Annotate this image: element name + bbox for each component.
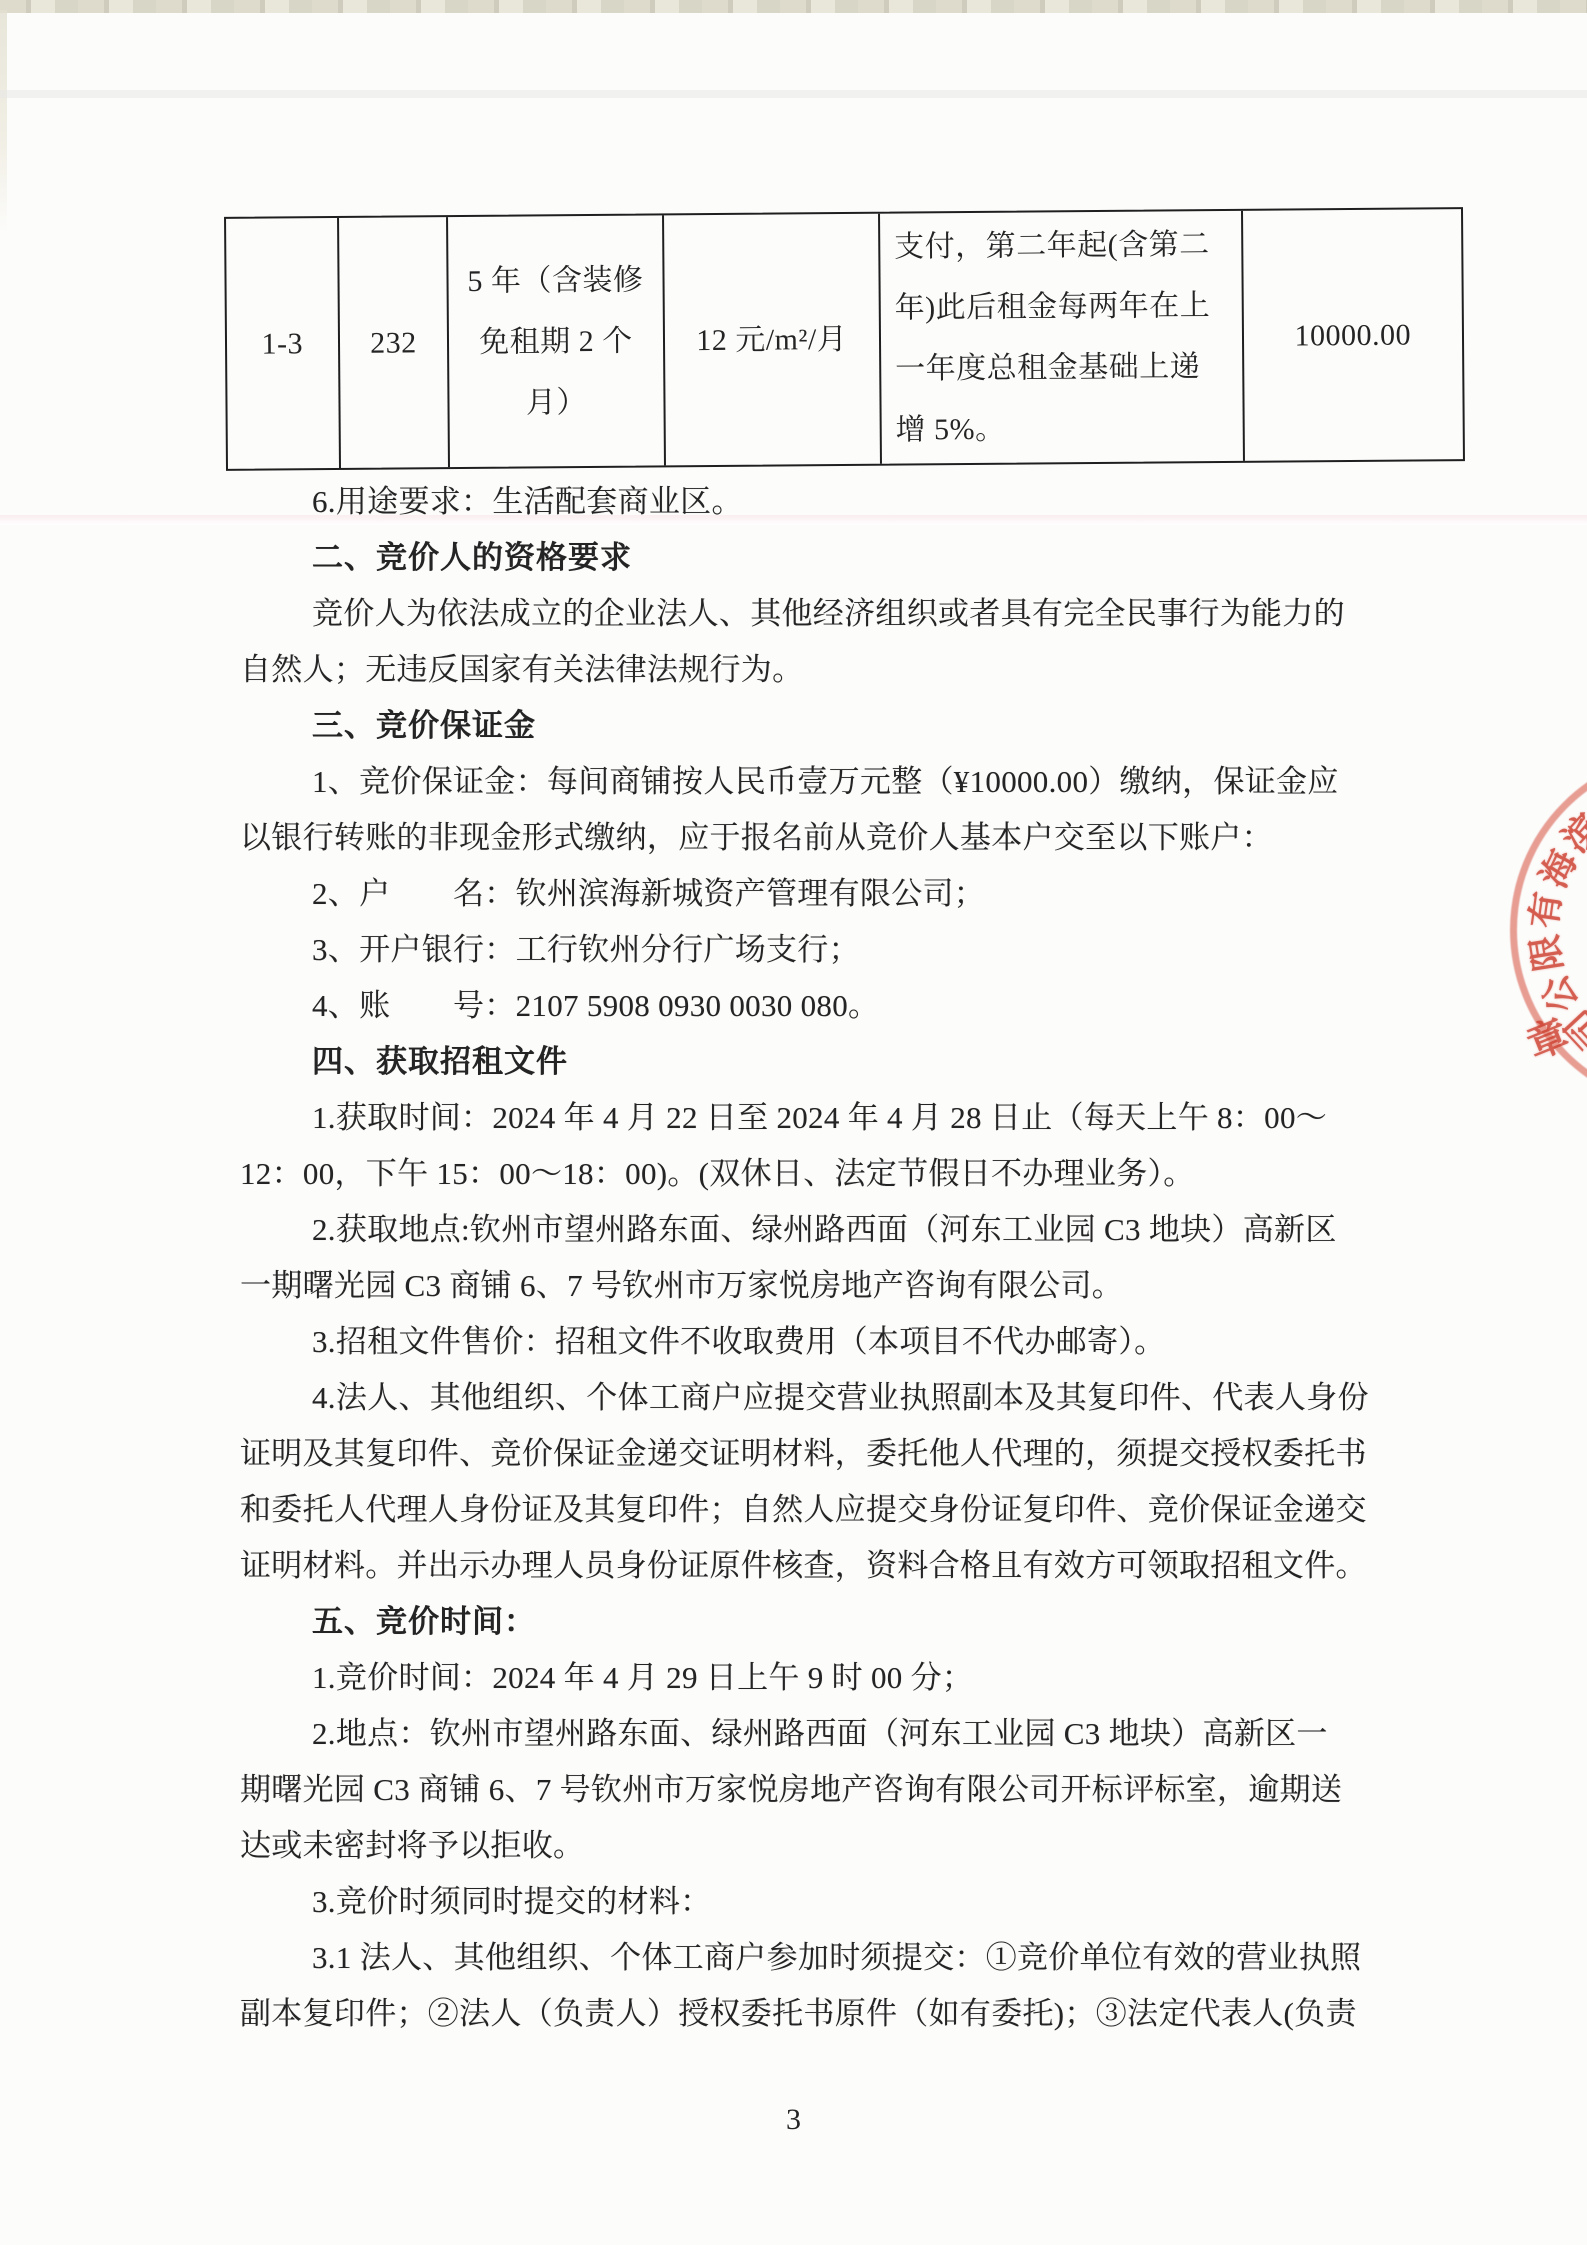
body-line: 3.竞价时须同时提交的材料： (240, 1874, 1380, 1930)
lease-table: 1-32325 年（含装修免租期 2 个月）12 元/m²/月支付，第二年起(含… (224, 207, 1465, 471)
body-line: 6.用途要求：生活配套商业区。 (240, 474, 1380, 530)
section-heading: 四、获取招租文件 (240, 1034, 1380, 1090)
scan-edge-artifact-top (0, 0, 1587, 13)
page-number: 3 (0, 2098, 1587, 2142)
section-heading: 二、竞价人的资格要求 (240, 530, 1380, 586)
table-cell: 5 年（含装修免租期 2 个月） (448, 215, 665, 467)
section-heading: 五、竞价时间： (240, 1594, 1380, 1650)
table-cell: 12 元/m²/月 (664, 214, 882, 466)
table-cell-line: 5 年（含装修 (449, 249, 663, 312)
seal-arc-character: 限 (1524, 930, 1570, 976)
seal-arc-character: 有 (1524, 887, 1569, 932)
table-cell-line: 12 元/m²/月 (664, 308, 879, 371)
body-line: 3.招租文件售价：招租文件不收取费用（本项目不代办邮寄）。 (240, 1314, 1380, 1370)
table-cell-line: 10000.00 (1243, 304, 1462, 367)
table-cell-line: 年)此后租金每两年在上 (880, 275, 1241, 339)
table-cell-line: 免租期 2 个 (449, 310, 663, 373)
body-line: 4、账 号：2107 5908 0930 0030 080。 (240, 978, 1380, 1034)
body-line: 竞价人为依法成立的企业法人、其他经济组织或者具有完全民事行为能力的 (240, 586, 1380, 642)
body-line: 一期曙光园 C3 商铺 6、7 号钦州市万家悦房地产咨询有限公司。 (240, 1258, 1380, 1314)
body-line: 2、户 名：钦州滨海新城资产管理有限公司； (240, 866, 1380, 922)
table-cell-line: 232 (339, 312, 447, 374)
table-cell-line: 月） (450, 371, 664, 434)
body-line: 证明材料。并出示办理人员身份证原件核查，资料合格且有效方可领取招租文件。 (240, 1538, 1380, 1594)
table-cell-line: 1-3 (227, 312, 338, 374)
body-line: 和委托人代理人身份证及其复印件；自然人应提交身份证复印件、竞价保证金递交 (240, 1482, 1380, 1538)
body-line: 1.竞价时间：2024 年 4 月 29 日上午 9 时 00 分； (240, 1650, 1380, 1706)
body-line: 4.法人、其他组织、个体工商户应提交营业执照副本及其复印件、代表人身份 (240, 1370, 1380, 1426)
company-seal: 章 滨海有限公司 (1510, 750, 1587, 1110)
body-line: 期曙光园 C3 商铺 6、7 号钦州市万家悦房地产咨询有限公司开标评标室，逾期送 (240, 1762, 1380, 1818)
body-line: 达或未密封将予以拒收。 (240, 1818, 1380, 1874)
seal-bottom-character: 章 (1519, 1011, 1576, 1068)
table-cell: 10000.00 (1243, 209, 1463, 461)
body-line: 副本复印件；②法人（负责人）授权委托书原件（如有委托)；③法定代表人(负责 (240, 1986, 1380, 2042)
body-line: 3.1 法人、其他组织、个体工商户参加时须提交：①竞价单位有效的营业执照 (240, 1930, 1380, 1986)
seal-arc-character: 司 (1556, 1001, 1587, 1058)
scan-edge-artifact-left (0, 10, 7, 235)
body-line: 以银行转账的非现金形式缴纳，应于报名前从竞价人基本户交至以下账户： (240, 810, 1380, 866)
scanned-page: 1-32325 年（含装修免租期 2 个月）12 元/m²/月支付，第二年起(含… (0, 0, 1587, 2245)
body-line: 1.获取时间：2024 年 4 月 22 日至 2024 年 4 月 28 日止… (240, 1090, 1380, 1146)
seal-ring (1510, 750, 1587, 1110)
scan-band-artifact (0, 90, 1587, 98)
table-cell-line: 一年度总租金基础上递 (881, 336, 1242, 400)
body-line: 12：00，下午 15：00～18：00)。(双休日、法定节假日不办理业务）。 (240, 1146, 1380, 1202)
body-line: 2.获取地点:钦州市望州路东面、绿州路西面（河东工业园 C3 地块）高新区 (240, 1202, 1380, 1258)
table-cell-line: 增 5%。 (881, 397, 1242, 461)
body-line: 证明及其复印件、竞价保证金递交证明材料，委托他人代理的，须提交授权委托书 (240, 1426, 1380, 1482)
body-line: 自然人；无违反国家有关法律法规行为。 (240, 642, 1380, 698)
seal-arc-character: 滨 (1554, 805, 1587, 861)
body-line: 3、开户银行：工行钦州分行广场支行； (240, 922, 1380, 978)
table-cell: 232 (339, 217, 451, 468)
table-cell: 支付，第二年起(含第二年)此后租金每两年在上一年度总租金基础上递增 5%。 (880, 211, 1245, 464)
body-line: 1、竞价保证金：每间商铺按人民币壹万元整（¥10000.00）缴纳，保证金应 (240, 754, 1380, 810)
seal-arc-character: 公 (1533, 967, 1586, 1020)
body-line: 2.地点：钦州市望州路东面、绿州路西面（河东工业园 C3 地块）高新区一 (240, 1706, 1380, 1762)
table-cell-line: 支付，第二年起(含第二 (880, 214, 1241, 278)
document-body: 6.用途要求：生活配套商业区。二、竞价人的资格要求竞价人为依法成立的企业法人、其… (240, 474, 1380, 2042)
seal-arc-character: 海 (1532, 842, 1585, 895)
section-heading: 三、竞价保证金 (240, 698, 1380, 754)
table-cell: 1-3 (226, 218, 341, 469)
